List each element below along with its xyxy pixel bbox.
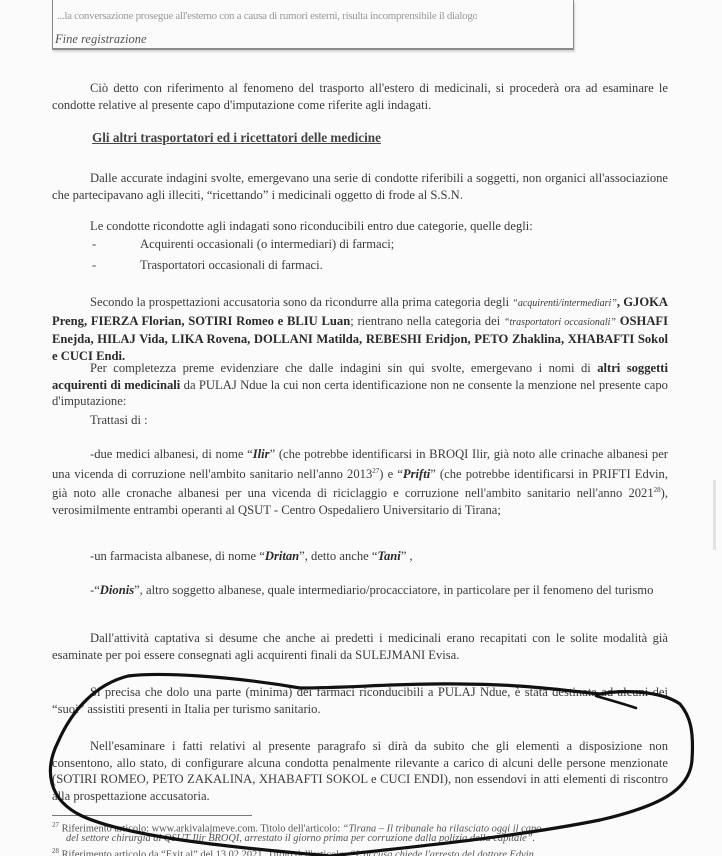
hand-drawn-ellipse-annotation — [0, 0, 722, 856]
